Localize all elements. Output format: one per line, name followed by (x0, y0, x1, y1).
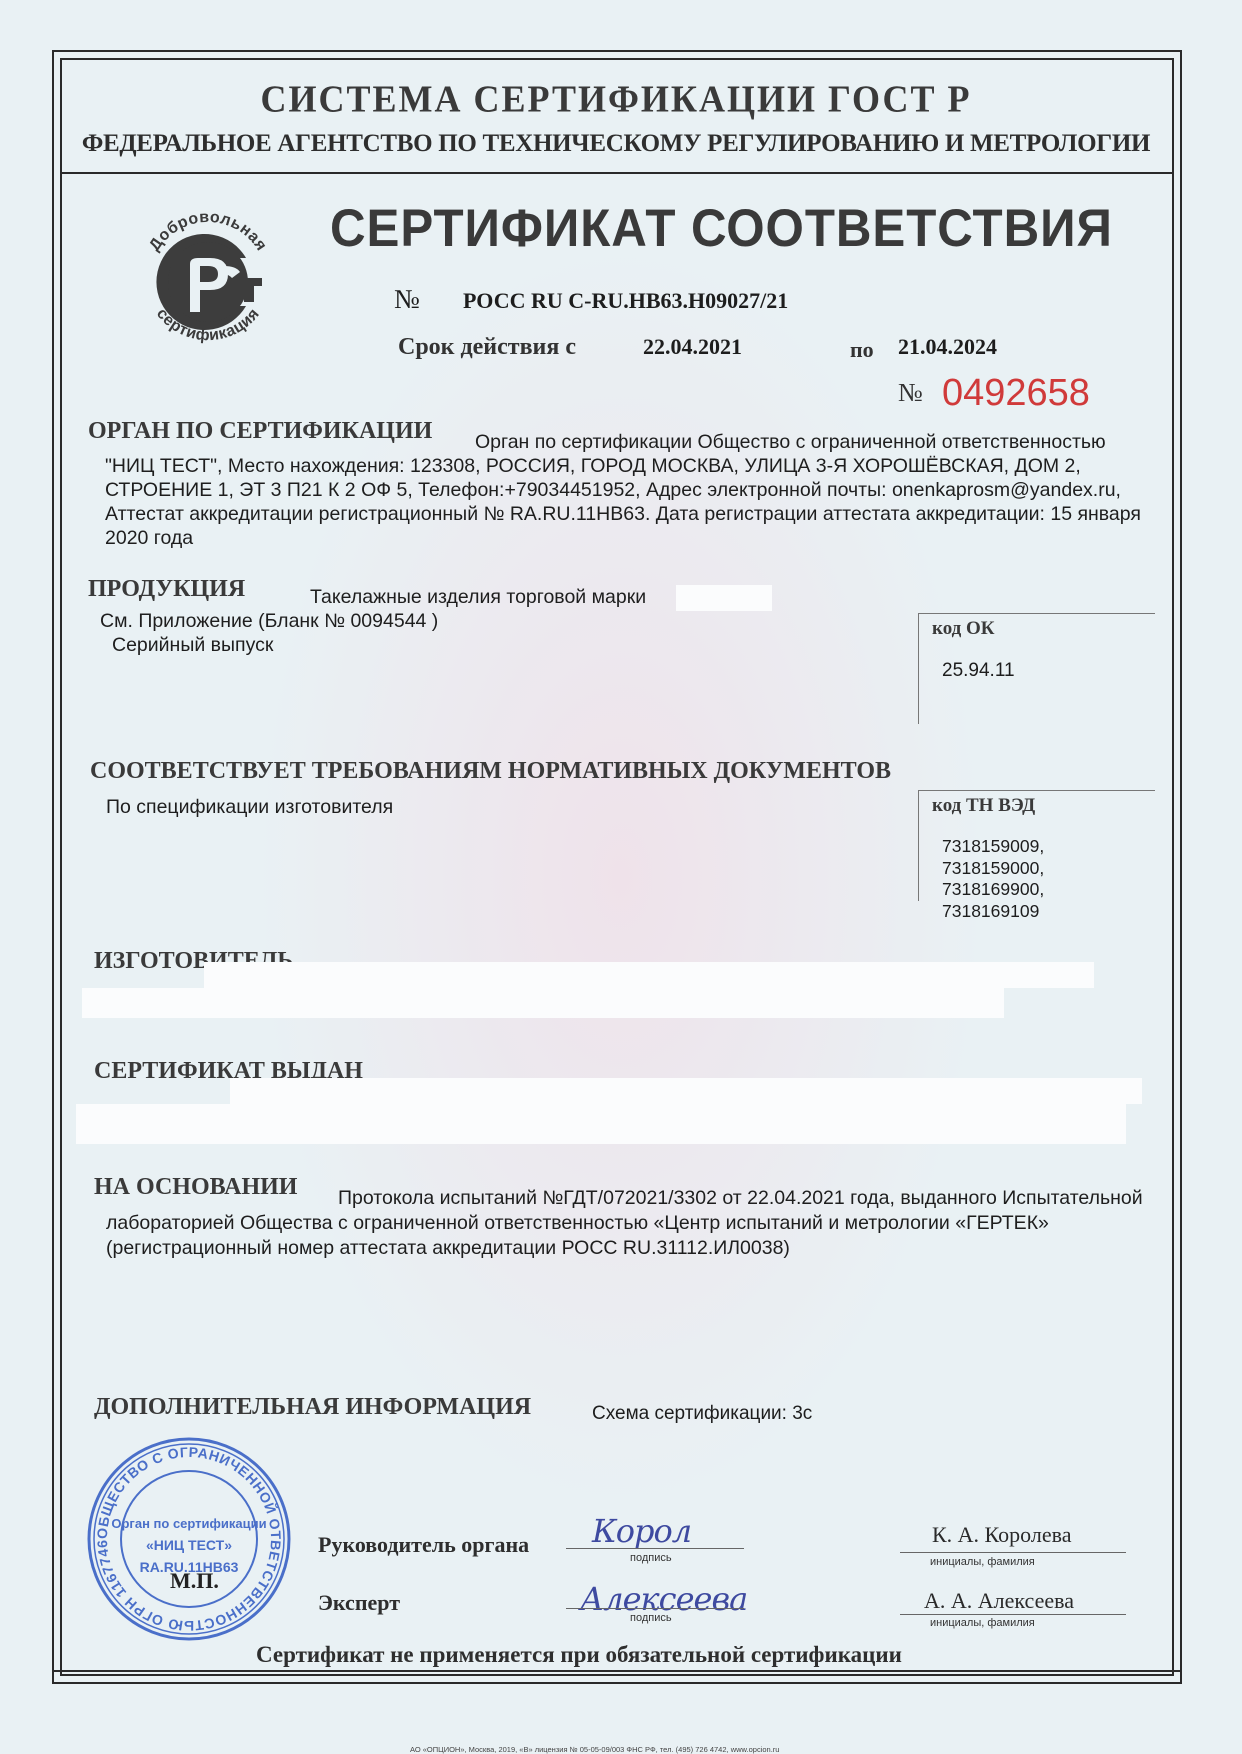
head-name: К. А. Королева (932, 1522, 1071, 1548)
head-signature: Корол (592, 1512, 691, 1550)
tn-ved-code: 7318169109 (942, 901, 1044, 923)
valid-from: 22.04.2021 (643, 334, 742, 360)
head-name-caption: инициалы, фамилия (930, 1556, 1035, 1568)
header-divider (60, 172, 1172, 174)
redacted-issued-to-line2 (76, 1104, 1126, 1144)
conformity-text: По спецификации изготовителя (106, 795, 393, 819)
expert-name: А. А. Алексеева (924, 1588, 1074, 1614)
tn-ved-label: код ТН ВЭД (932, 795, 1035, 817)
expert-name-line (900, 1614, 1126, 1615)
expert-label: Эксперт (318, 1590, 400, 1616)
expert-signature-caption: подпись (630, 1612, 672, 1624)
agency-title: ФЕДЕРАЛЬНОЕ АГЕНТСТВО ПО ТЕХНИЧЕСКОМУ РЕ… (60, 130, 1172, 158)
valid-to: 21.04.2024 (898, 334, 997, 360)
redacted-manufacturer-line1 (204, 962, 1094, 988)
disclaimer: Сертификат не применяется при обязательн… (256, 1642, 902, 1668)
certificate-title: СЕРТИФИКАТ СООТВЕТСТВИЯ (330, 198, 1113, 259)
ok-code-value: 25.94.11 (942, 660, 1015, 682)
validity-label: Срок действия с (398, 334, 576, 361)
certification-body-text: Орган по сертификации Общество с огранич… (105, 430, 1145, 550)
tn-ved-code: 7318159009, (942, 836, 1044, 858)
blank-number-label: № (898, 378, 923, 408)
product-description: Такелажные изделия торговой марки (310, 585, 646, 609)
mp-seal-mark: М.П. (170, 1568, 219, 1594)
additional-info-label: ДОПОЛНИТЕЛЬНАЯ ИНФОРМАЦИЯ (94, 1394, 531, 1421)
redacted-issued-to-line1 (230, 1078, 1142, 1104)
head-signature-caption: подпись (630, 1552, 672, 1564)
rst-logo-icon: Добровольная сертификация (128, 200, 288, 360)
number-label: № (394, 284, 420, 315)
head-signature-line (566, 1548, 744, 1549)
expert-signature-line (566, 1608, 744, 1609)
svg-text:«НИЦ ТЕСТ»: «НИЦ ТЕСТ» (146, 1537, 232, 1553)
tn-ved-code: 7318159000, (942, 858, 1044, 880)
tn-ved-codes: 7318159009, 7318159000, 7318169900, 7318… (942, 836, 1044, 922)
product-label: ПРОДУКЦИЯ (88, 576, 245, 603)
certificate-number: РОСС RU С-RU.НВ63.Н09027/21 (463, 288, 788, 314)
product-appendix: См. Приложение (Бланк № 0094544 ) (100, 609, 438, 633)
head-of-body-label: Руководитель органа (318, 1532, 529, 1558)
tn-ved-code: 7318169900, (942, 879, 1044, 901)
footer-divider (52, 1670, 1182, 1672)
seal-stamp-icon: ОБЩЕСТВО С ОГРАНИЧЕННОЙ ОТВЕТСТВЕННОСТЬЮ… (86, 1436, 292, 1642)
ok-code-label: код ОК (932, 618, 995, 640)
basis-text: Протокола испытаний №ГДТ/072021/3302 от … (106, 1186, 1156, 1261)
system-title: СИСТЕМА СЕРТИФИКАЦИИ ГОСТ Р (60, 77, 1172, 121)
additional-info-text: Схема сертификации: 3с (592, 1403, 812, 1425)
valid-to-label: по (850, 337, 874, 363)
product-serial: Серийный выпуск (112, 633, 273, 657)
svg-text:Орган по сертификации: Орган по сертификации (111, 1516, 266, 1531)
head-name-line (900, 1552, 1126, 1553)
svg-text:ОБЩЕСТВО С ОГРАНИЧЕННОЙ ОТВЕТС: ОБЩЕСТВО С ОГРАНИЧЕННОЙ ОТВЕТСТВЕННОСТЬЮ… (86, 1436, 284, 1634)
blank-number: 0492658 (942, 372, 1090, 415)
conformity-label: СООТВЕТСТВУЕТ ТРЕБОВАНИЯМ НОРМАТИВНЫХ ДО… (90, 758, 891, 785)
redacted-brand (676, 585, 772, 611)
printer-imprint: АО «ОПЦИОН», Москва, 2019, «В» лицензия … (410, 1745, 779, 1754)
redacted-manufacturer-line2 (82, 988, 1004, 1018)
expert-name-caption: инициалы, фамилия (930, 1617, 1035, 1629)
